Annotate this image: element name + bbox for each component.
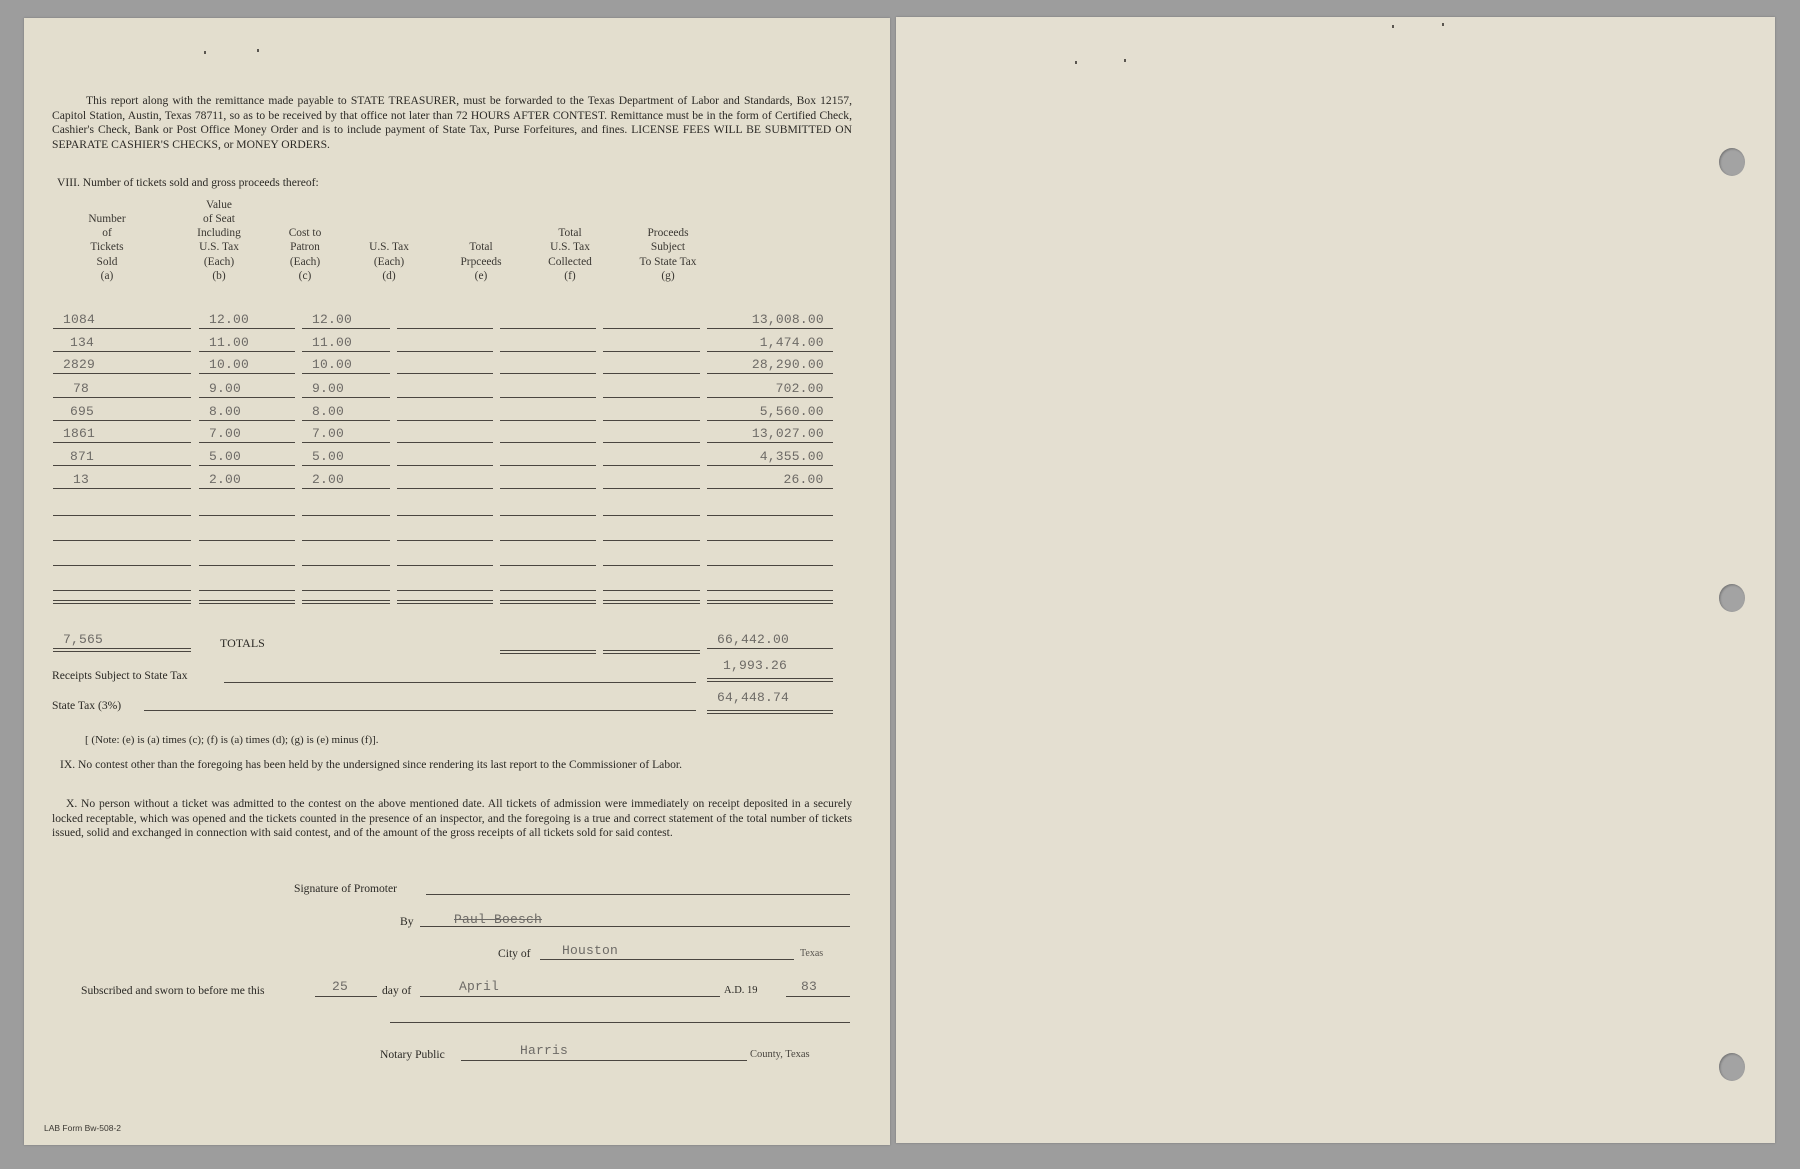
table-cell-d[interactable] <box>397 375 493 398</box>
table-cell-e[interactable] <box>500 466 596 489</box>
table-cell-b[interactable] <box>199 493 295 516</box>
cell-value-g: 13,008.00 <box>752 312 824 327</box>
cell-value-c: 8.00 <box>312 404 344 419</box>
table-cell-a[interactable]: 78 <box>53 375 191 398</box>
cell-value-a: 1861 <box>63 426 95 441</box>
table-cell-c[interactable]: 7.00 <box>302 420 390 443</box>
state-tax-cell: 64,448.74 <box>707 688 833 714</box>
table-cell-c[interactable] <box>302 493 390 516</box>
totals-tickets: 7,565 <box>63 632 103 647</box>
cell-value-b: 12.00 <box>209 312 249 327</box>
table-cell-e[interactable] <box>500 306 596 329</box>
column-header-a: Number of Tickets Sold (a) <box>47 212 167 283</box>
table-cell-c[interactable]: 11.00 <box>302 329 390 352</box>
table-cell-b[interactable]: 8.00 <box>199 398 295 421</box>
cell-value-a: 695 <box>70 404 94 419</box>
table-cell-f[interactable] <box>603 518 700 541</box>
paper-speck <box>1442 23 1444 26</box>
table-cell-e[interactable] <box>500 329 596 352</box>
table-cell-e[interactable] <box>500 518 596 541</box>
cell-value-b: 2.00 <box>209 472 241 487</box>
totals-label: TOTALS <box>220 636 265 651</box>
table-cell-e[interactable] <box>500 443 596 466</box>
table-cell-a[interactable] <box>53 568 191 591</box>
table-cell-f[interactable] <box>603 351 700 374</box>
table-cell-d[interactable] <box>397 351 493 374</box>
table-closing-rule <box>302 600 390 604</box>
by-value: Paul Boesch <box>454 912 542 927</box>
table-cell-f[interactable] <box>603 568 700 591</box>
receipts-label: Receipts Subject to State Tax <box>52 669 188 682</box>
table-closing-rule <box>397 600 493 604</box>
table-cell-d[interactable] <box>397 493 493 516</box>
table-cell-c[interactable] <box>302 568 390 591</box>
table-cell-f[interactable] <box>603 306 700 329</box>
notary-signature-field[interactable] <box>390 1022 850 1023</box>
cell-value-g: 26.00 <box>784 472 824 487</box>
cell-value-c: 9.00 <box>312 381 344 396</box>
table-cell-d[interactable] <box>397 443 493 466</box>
state-tax-value: 64,448.74 <box>717 690 789 705</box>
county-state-suffix: County, Texas <box>750 1049 810 1060</box>
year-field[interactable] <box>786 996 850 997</box>
table-cell-g[interactable]: 1,474.00 <box>707 329 833 352</box>
cell-value-c: 10.00 <box>312 357 352 372</box>
table-cell-b[interactable] <box>199 543 295 566</box>
cell-value-a: 871 <box>70 449 94 464</box>
cell-value-a: 78 <box>73 381 89 396</box>
section-viii-title: VIII. Number of tickets sold and gross p… <box>57 176 319 189</box>
sworn-label: Subscribed and sworn to before me this <box>81 984 265 997</box>
table-closing-rule <box>53 600 191 604</box>
cell-value-a: 1084 <box>63 312 95 327</box>
table-cell-e[interactable] <box>500 568 596 591</box>
table-cell-d[interactable] <box>397 306 493 329</box>
cell-value-b: 10.00 <box>209 357 249 372</box>
cell-value-g: 28,290.00 <box>752 357 824 372</box>
totals-tickets-cell: 7,565 <box>53 626 191 652</box>
table-cell-f[interactable] <box>603 329 700 352</box>
paper-speck <box>1075 61 1077 64</box>
by-label: By <box>400 915 414 928</box>
table-closing-rule <box>603 600 700 604</box>
cell-value-g: 5,560.00 <box>760 404 824 419</box>
table-closing-rule <box>500 600 596 604</box>
table-cell-d[interactable] <box>397 329 493 352</box>
table-cell-a[interactable]: 871 <box>53 443 191 466</box>
cell-value-g: 1,474.00 <box>760 335 824 350</box>
cell-value-c: 7.00 <box>312 426 344 441</box>
binder-hole-icon <box>1719 148 1745 176</box>
table-cell-e[interactable] <box>500 351 596 374</box>
cell-value-a: 134 <box>70 335 94 350</box>
section-x-statement: X. No person without a ticket was admitt… <box>52 797 852 841</box>
binder-hole-icon <box>1719 584 1745 612</box>
promoter-signature-field[interactable] <box>426 894 850 895</box>
table-cell-d[interactable] <box>397 466 493 489</box>
table-cell-f[interactable] <box>603 443 700 466</box>
table-cell-d[interactable] <box>397 518 493 541</box>
form-id: LAB Form Bw-508-2 <box>44 1123 121 1133</box>
table-cell-c[interactable]: 8.00 <box>302 398 390 421</box>
table-cell-d[interactable] <box>397 398 493 421</box>
month-field[interactable] <box>420 996 720 997</box>
county-field[interactable] <box>461 1060 747 1061</box>
intro-instructions: This report along with the remittance ma… <box>52 94 852 152</box>
table-cell-a[interactable]: 695 <box>53 398 191 421</box>
city-state-suffix: Texas <box>800 948 823 959</box>
cell-value-g: 702.00 <box>776 381 824 396</box>
receipts-leader-line <box>224 682 696 683</box>
table-cell-f[interactable] <box>603 375 700 398</box>
totals-proceeds-cell: 66,442.00 <box>707 626 833 649</box>
table-cell-b[interactable] <box>199 518 295 541</box>
form-page-left: This report along with the remittance ma… <box>24 18 890 1145</box>
cell-value-b: 5.00 <box>209 449 241 464</box>
table-cell-d[interactable] <box>397 420 493 443</box>
cell-value-a: 13 <box>73 472 89 487</box>
table-cell-a[interactable] <box>53 518 191 541</box>
paper-speck <box>1124 59 1126 62</box>
calculation-note: [ (Note: (e) is (a) times (c); (f) is (a… <box>85 734 379 746</box>
cell-value-c: 2.00 <box>312 472 344 487</box>
table-cell-f[interactable] <box>603 466 700 489</box>
table-cell-g[interactable]: 5,560.00 <box>707 398 833 421</box>
paper-speck <box>1392 25 1394 28</box>
table-cell-g[interactable]: 702.00 <box>707 375 833 398</box>
table-cell-g[interactable] <box>707 493 833 516</box>
table-cell-a[interactable]: 1861 <box>53 420 191 443</box>
table-cell-b[interactable]: 10.00 <box>199 351 295 374</box>
day-value: 25 <box>332 979 348 994</box>
binder-hole-icon <box>1719 1053 1745 1081</box>
table-cell-b[interactable]: 9.00 <box>199 375 295 398</box>
cell-value-b: 7.00 <box>209 426 241 441</box>
city-field[interactable] <box>540 959 794 960</box>
table-cell-f[interactable] <box>603 493 700 516</box>
county-value: Harris <box>520 1043 568 1058</box>
column-header-g: Proceeds Subject To State Tax (g) <box>608 226 728 283</box>
cell-value-c: 11.00 <box>312 335 352 350</box>
table-cell-b[interactable]: 2.00 <box>199 466 295 489</box>
notary-public-label: Notary Public <box>380 1048 445 1061</box>
table-closing-rule <box>707 600 833 604</box>
paper-speck <box>257 49 259 52</box>
receipts-value: 1,993.26 <box>723 658 787 673</box>
table-cell-g[interactable]: 13,008.00 <box>707 306 833 329</box>
state-tax-label: State Tax (3%) <box>52 699 121 712</box>
totals-proceeds: 66,442.00 <box>717 632 789 647</box>
table-cell-g[interactable]: 4,355.00 <box>707 443 833 466</box>
table-cell-g[interactable] <box>707 543 833 566</box>
table-cell-b[interactable]: 5.00 <box>199 443 295 466</box>
receipts-cell: 1,993.26 <box>707 656 833 682</box>
table-cell-c[interactable]: 5.00 <box>302 443 390 466</box>
table-cell-g[interactable]: 28,290.00 <box>707 351 833 374</box>
cell-value-g: 13,027.00 <box>752 426 824 441</box>
table-cell-d[interactable] <box>397 543 493 566</box>
table-cell-e[interactable] <box>500 420 596 443</box>
month-value: April <box>459 979 499 994</box>
paper-speck <box>204 51 206 54</box>
table-cell-a[interactable]: 13 <box>53 466 191 489</box>
table-cell-e[interactable] <box>500 543 596 566</box>
table-cell-g[interactable]: 26.00 <box>707 466 833 489</box>
cell-value-b: 11.00 <box>209 335 249 350</box>
table-cell-c[interactable] <box>302 518 390 541</box>
promoter-signature-label: Signature of Promoter <box>294 882 397 895</box>
table-closing-rule <box>199 600 295 604</box>
table-cell-e[interactable] <box>500 375 596 398</box>
state-tax-leader-line <box>144 710 696 711</box>
cell-value-c: 5.00 <box>312 449 344 464</box>
table-cell-f[interactable] <box>603 420 700 443</box>
table-cell-c[interactable]: 10.00 <box>302 351 390 374</box>
table-cell-e[interactable] <box>500 493 596 516</box>
totals-f-cell <box>603 628 700 654</box>
table-cell-e[interactable] <box>500 398 596 421</box>
cell-value-b: 9.00 <box>209 381 241 396</box>
table-cell-g[interactable] <box>707 568 833 591</box>
table-cell-b[interactable]: 11.00 <box>199 329 295 352</box>
cell-value-g: 4,355.00 <box>760 449 824 464</box>
cell-value-c: 12.00 <box>312 312 352 327</box>
section-ix-statement: IX. No contest other than the foregoing … <box>52 758 852 773</box>
table-cell-c[interactable]: 2.00 <box>302 466 390 489</box>
table-cell-b[interactable]: 12.00 <box>199 306 295 329</box>
table-cell-f[interactable] <box>603 398 700 421</box>
day-field[interactable] <box>315 996 377 997</box>
year-value: 83 <box>801 979 817 994</box>
cell-value-a: 2829 <box>63 357 95 372</box>
form-page-right-blank <box>896 17 1775 1143</box>
table-cell-g[interactable] <box>707 518 833 541</box>
table-cell-f[interactable] <box>603 543 700 566</box>
table-cell-a[interactable]: 1084 <box>53 306 191 329</box>
cell-value-b: 8.00 <box>209 404 241 419</box>
table-cell-c[interactable] <box>302 543 390 566</box>
table-cell-c[interactable]: 9.00 <box>302 375 390 398</box>
table-cell-b[interactable] <box>199 568 295 591</box>
city-label: City of <box>498 947 531 960</box>
day-of-label: day of <box>382 984 411 997</box>
city-value: Houston <box>562 943 618 958</box>
ad-label: A.D. 19 <box>724 985 758 996</box>
table-cell-a[interactable] <box>53 543 191 566</box>
table-cell-b[interactable]: 7.00 <box>199 420 295 443</box>
table-cell-a[interactable] <box>53 493 191 516</box>
table-cell-c[interactable]: 12.00 <box>302 306 390 329</box>
table-cell-a[interactable]: 134 <box>53 329 191 352</box>
table-cell-d[interactable] <box>397 568 493 591</box>
table-cell-a[interactable]: 2829 <box>53 351 191 374</box>
totals-e-cell <box>500 628 596 654</box>
table-cell-g[interactable]: 13,027.00 <box>707 420 833 443</box>
